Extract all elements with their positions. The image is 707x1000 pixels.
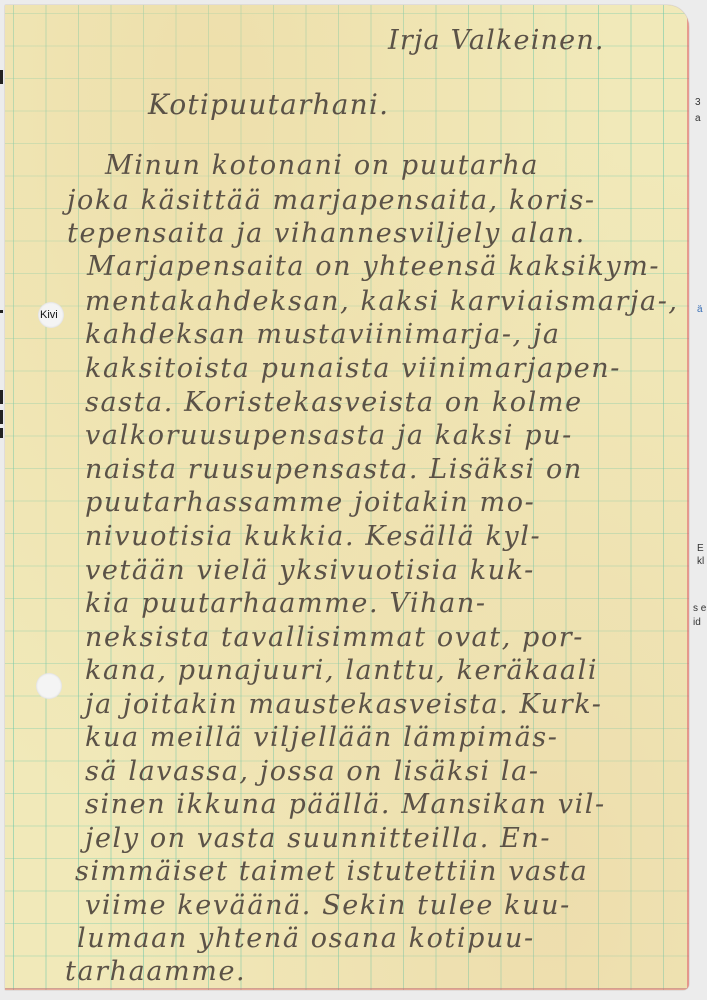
background-text-fragment: E bbox=[697, 543, 704, 554]
background-text-fragment: ä bbox=[697, 304, 703, 315]
essay-line: Minun kotonani on puutarha bbox=[105, 150, 539, 181]
essay-line: sasta. Koristekasveista on kolme bbox=[85, 387, 583, 418]
essay-line: Marjapensaita on yhteensä kaksikym- bbox=[87, 251, 660, 282]
essay-line: sä lavassa, jossa on lisäksi la- bbox=[85, 756, 540, 787]
essay-line: kaksitoista punaista viinimarjapen- bbox=[85, 353, 621, 384]
essay-line: tepensaita ja vihannesviljely alan. bbox=[67, 218, 586, 249]
background-mark bbox=[0, 310, 3, 313]
essay-line: kua meillä viljellään lämpimäs- bbox=[85, 722, 558, 753]
graph-paper-page: Irja Valkeinen. Kotipuutarhani. Minun ko… bbox=[5, 5, 689, 990]
background-mark bbox=[0, 390, 3, 404]
essay-line: sinen ikkuna päällä. Mansikan vil- bbox=[85, 789, 606, 820]
essay-line: viime keväänä. Sekin tulee kuu- bbox=[85, 890, 571, 921]
author-signature: Irja Valkeinen. bbox=[388, 25, 605, 56]
essay-line: ja joitakin maustekasveista. Kurk- bbox=[85, 689, 602, 720]
background-mark bbox=[0, 70, 3, 84]
background-text-fragment: s e bbox=[693, 603, 706, 614]
essay-line: tarhaamme. bbox=[65, 956, 246, 987]
hole-show-through-text: Kivi bbox=[40, 309, 58, 321]
background-mark bbox=[0, 428, 3, 438]
background-mark bbox=[0, 410, 3, 424]
essay-line: kia puutarhaamme. Vihan- bbox=[85, 588, 487, 619]
essay-line: neksista tavallisimmat ovat, por- bbox=[85, 622, 584, 653]
essay-line: jely on vasta suunnitteilla. En- bbox=[85, 823, 551, 854]
essay-line: vetään vielä yksivuotisia kuk- bbox=[85, 555, 535, 586]
essay-line: nivuotisia kukkia. Kesällä kyl- bbox=[85, 521, 541, 552]
background-text-fragment: kl bbox=[697, 556, 704, 567]
essay-line: kahdeksan mustaviinimarja-, ja bbox=[85, 319, 561, 350]
background-text-fragment: a bbox=[695, 113, 701, 124]
background-text-fragment: id bbox=[693, 617, 701, 628]
essay-line: joka käsittää marjapensaita, koris- bbox=[67, 185, 596, 216]
essay-line: simmäiset taimet istutettiin vasta bbox=[75, 856, 588, 887]
essay-line: puutarhassamme joitakin mo- bbox=[85, 487, 535, 518]
essay-title: Kotipuutarhani. bbox=[148, 88, 389, 121]
essay-line: valkoruusupensasta ja kaksi pu- bbox=[85, 420, 573, 451]
essay-line: lumaan yhtenä osana kotipuu- bbox=[77, 923, 535, 954]
essay-line: naista ruusupensasta. Lisäksi on bbox=[85, 454, 583, 485]
punch-hole-lower bbox=[36, 673, 62, 699]
background-text-fragment: 3 bbox=[695, 97, 701, 108]
essay-line: mentakahdeksan, kaksi karviaismarja-, bbox=[85, 286, 679, 317]
essay-line: kana, punajuuri, lanttu, keräkaali bbox=[85, 655, 598, 686]
